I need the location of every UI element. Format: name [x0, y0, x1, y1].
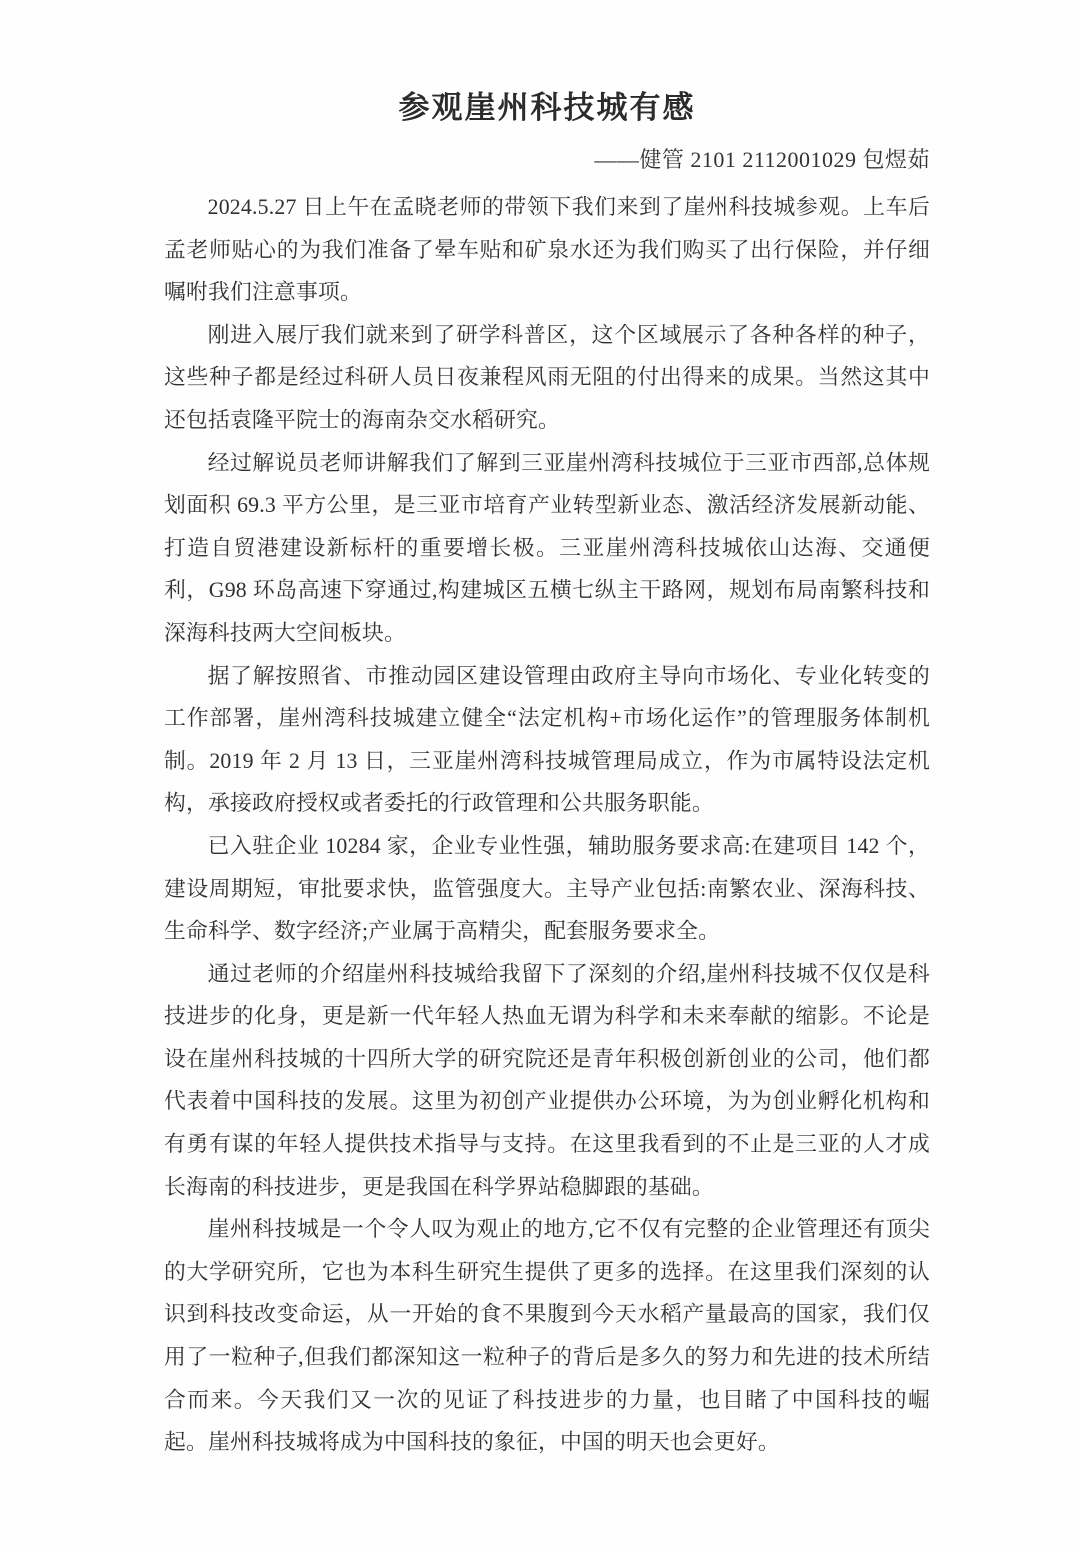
document-title: 参观崖州科技城有感 — [164, 84, 930, 132]
document-body: 2024.5.27 日上午在孟晓老师的带领下我们来到了崖州科技城参观。上车后孟老… — [164, 186, 930, 1464]
body-paragraph: 2024.5.27 日上午在孟晓老师的带领下我们来到了崖州科技城参观。上车后孟老… — [164, 186, 930, 314]
body-paragraph: 刚进入展厅我们就来到了研学科普区，这个区域展示了各种各样的种子，这些种子都是经过… — [164, 314, 930, 442]
body-paragraph: 通过老师的介绍崖州科技城给我留下了深刻的介绍,崖州科技城不仅仅是科技进步的化身，… — [164, 953, 930, 1209]
body-paragraph: 经过解说员老师讲解我们了解到三亚崖州湾科技城位于三亚市西部,总体规划面积 69.… — [164, 442, 930, 655]
author-byline: ——健管 2101 2112001029 包煜茹 — [164, 142, 930, 178]
body-paragraph: 崖州科技城是一个令人叹为观止的地方,它不仅有完整的企业管理还有顶尖的大学研究所，… — [164, 1208, 930, 1464]
body-paragraph: 已入驻企业 10284 家，企业专业性强，辅助服务要求高:在建项目 142 个，… — [164, 825, 930, 953]
body-paragraph: 据了解按照省、市推动园区建设管理由政府主导向市场化、专业化转变的工作部署，崖州湾… — [164, 655, 930, 825]
document-page: 参观崖州科技城有感 ——健管 2101 2112001029 包煜茹 2024.… — [0, 0, 1080, 1548]
